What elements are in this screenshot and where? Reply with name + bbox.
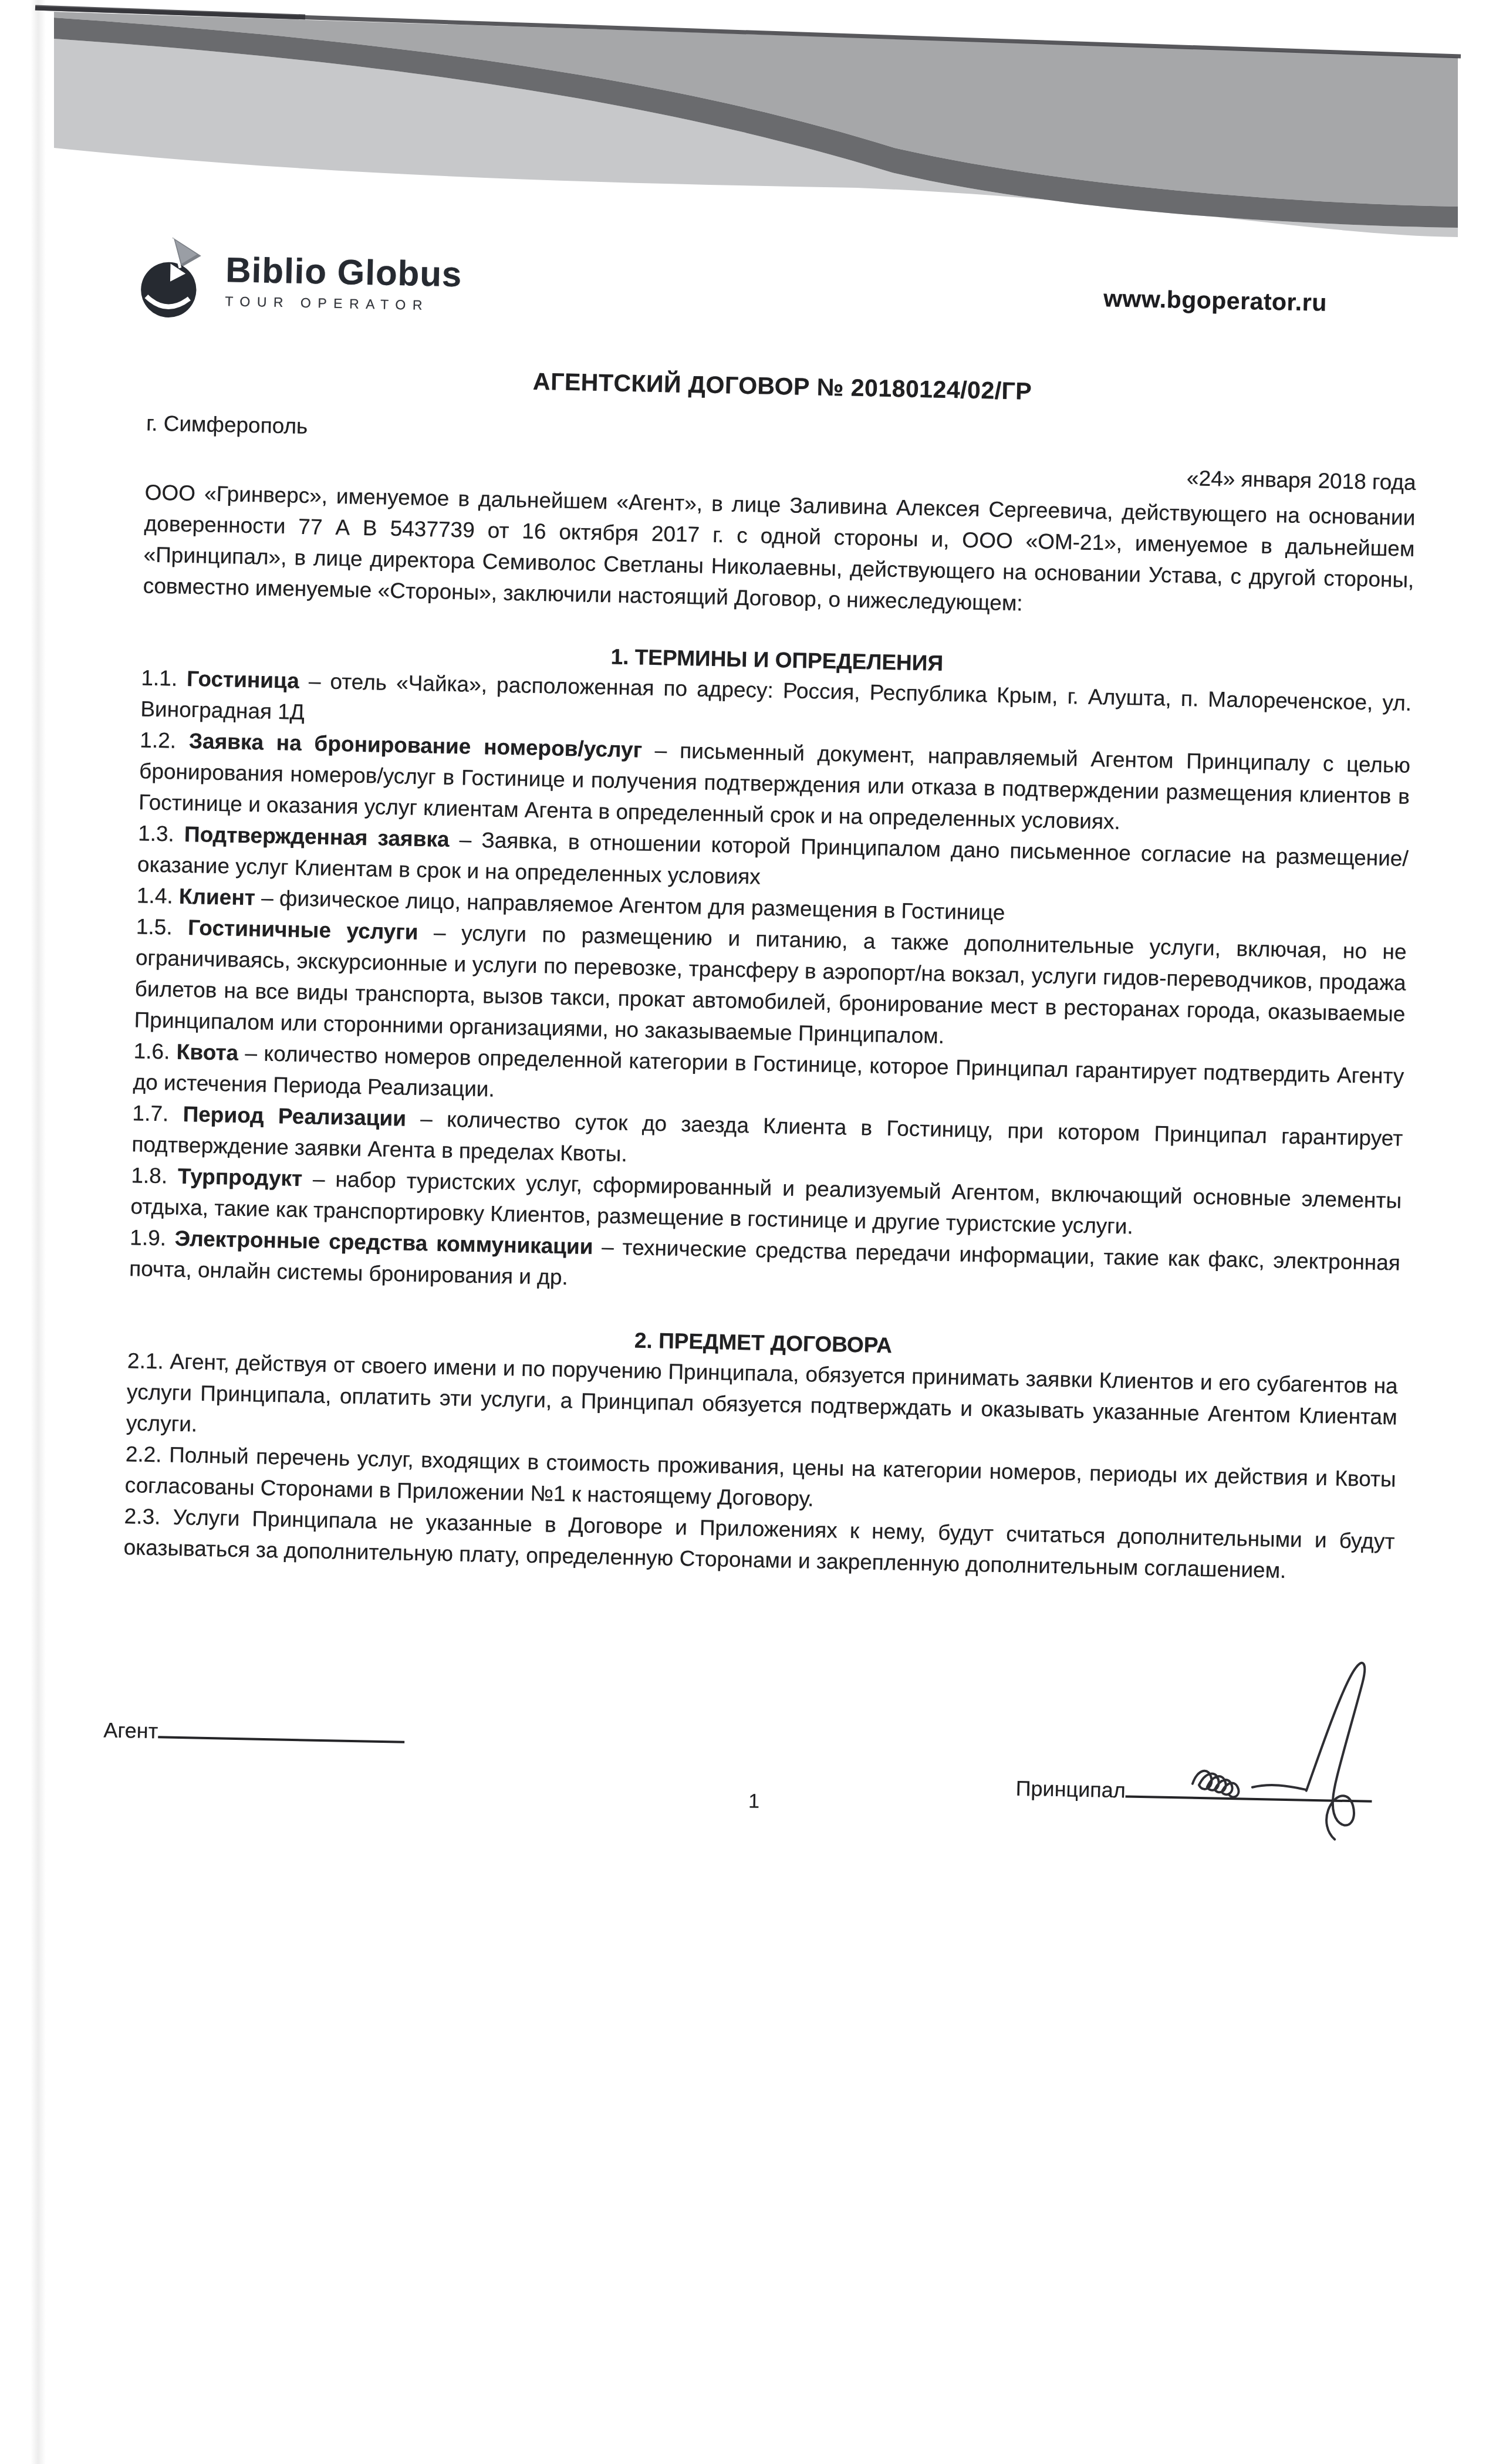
agent-signature-block: Агент [103, 1717, 405, 1748]
clause-term: Гостиничные услуги [188, 915, 418, 944]
agent-label: Агент [103, 1718, 158, 1743]
clause-number: 1.8. [131, 1163, 178, 1188]
clause-term: Турпродукт [178, 1164, 303, 1191]
clause-number: 1.4. [137, 883, 180, 908]
principal-label: Принципал [1015, 1776, 1126, 1803]
signature-footer: Агент 1 Принципал [116, 1708, 1391, 1986]
preamble-paragraph: ООО «Гринверс», именуемое в дальнейшем «… [143, 476, 1416, 626]
clause-number: 2.1. [127, 1348, 170, 1373]
logo-brand-text: Biblio Globus [225, 252, 462, 292]
clause-term: Квота [176, 1040, 238, 1065]
scanned-contract-page: { "header": { "logo": { "brand": "Biblio… [0, 0, 1496, 2464]
principal-signature-line [1126, 1777, 1373, 1802]
agent-signature-line [158, 1718, 405, 1743]
clause-term: Заявка на бронирование номеров/услуг [188, 729, 642, 762]
clause-term: Клиент [179, 884, 256, 910]
logo-tagline: TOUR OPERATOR [225, 293, 461, 314]
letterhead-row: Biblio Globus TOUR OPERATOR www.bgoperat… [139, 218, 1421, 366]
clause-term: Период Реализации [183, 1102, 406, 1131]
clause-term: Гостиница [187, 667, 299, 693]
clause-number: 1.1. [141, 665, 187, 691]
header-wave-banner [0, 0, 1496, 246]
clause-number: 2.3. [124, 1504, 173, 1529]
logo-text: Biblio Globus TOUR OPERATOR [225, 252, 462, 314]
globe-logo-icon [139, 232, 210, 326]
clause-1-5: 1.5. Гостиничные услуги – услуги по разм… [134, 911, 1407, 1060]
document-content: Biblio Globus TOUR OPERATOR www.bgoperat… [0, 215, 1496, 1988]
document-title: АГЕНТСКИЙ ДОГОВОР № 20180124/02/ГР [147, 360, 1418, 413]
clause-term: Подтвержденная заявка [184, 822, 450, 851]
clause-number: 1.7. [132, 1101, 183, 1126]
clause-number: 1.2. [140, 728, 189, 753]
clause-number: 1.3. [138, 821, 185, 846]
clause-number: 1.9. [130, 1225, 175, 1250]
clause-number: 1.5. [136, 914, 188, 939]
clause-number: 2.2. [126, 1442, 170, 1466]
website-url: www.bgoperator.ru [1103, 285, 1327, 317]
clause-number: 1.6. [133, 1039, 177, 1063]
biblio-globus-logo: Biblio Globus TOUR OPERATOR [139, 232, 463, 332]
clause-term: Электронные средства коммуникации [174, 1226, 593, 1259]
